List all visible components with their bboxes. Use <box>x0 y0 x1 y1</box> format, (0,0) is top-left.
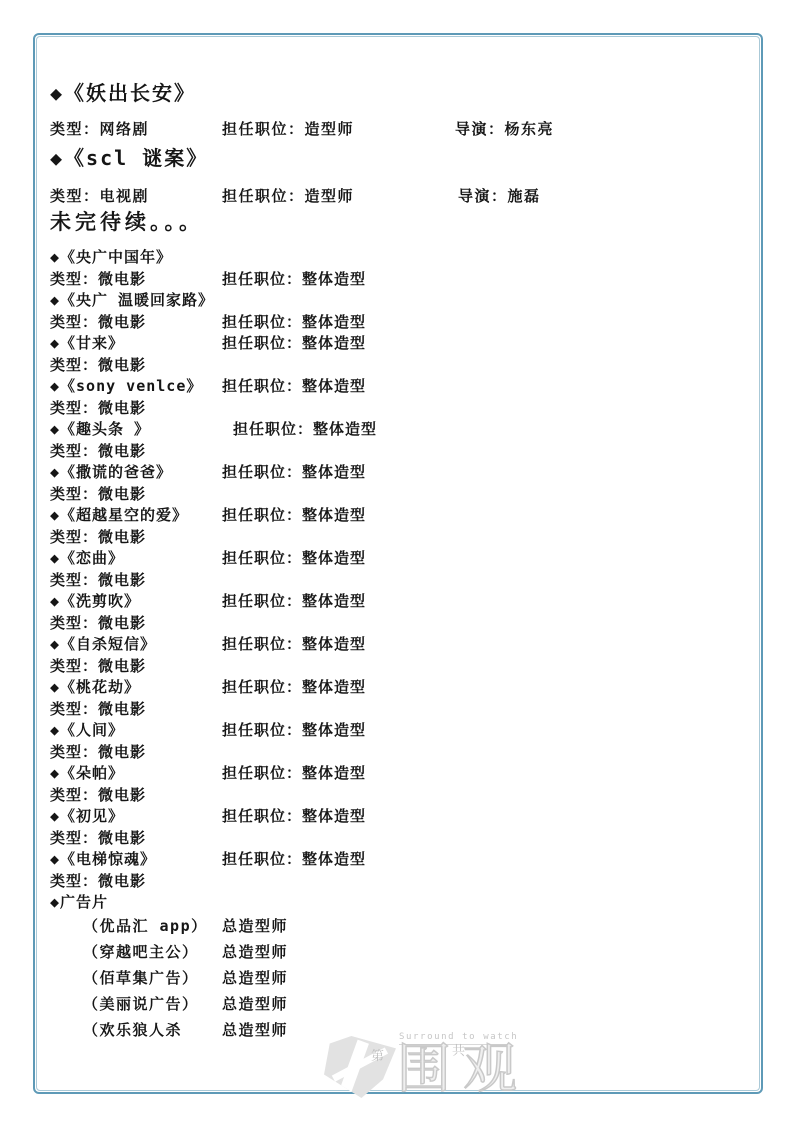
work-row: ◆《央广中国年》 <box>50 246 750 268</box>
work-type-label: 类型：电视剧 <box>50 185 149 206</box>
work-type-label: 类型：网络剧 <box>50 118 149 139</box>
ad-row: （穿越吧主公） 总造型师 <box>50 941 750 967</box>
work-row-left: ◆《电梯惊魂》 <box>50 848 156 869</box>
featured-title-2: ◆《scl 谜案》 <box>50 146 750 170</box>
work-row-right: 担任职位：整体造型 <box>222 504 366 525</box>
work-row: 类型：微电影 <box>50 526 750 548</box>
ad-name: （优品汇 app） <box>83 915 208 936</box>
work-row-left: ◆《桃花劫》 <box>50 676 140 697</box>
ad-role: 总造型师 <box>222 1019 288 1040</box>
work-director-label: 导演：施磊 <box>458 185 541 206</box>
work-row-left: ◆《恋曲》 <box>50 547 124 568</box>
works-list: ◆《央广中国年》 类型：微电影 担任职位：整体造型 ◆《央广 温暖回家路》 类型… <box>50 246 750 891</box>
ad-role: 总造型师 <box>222 941 288 962</box>
ad-role: 总造型师 <box>222 993 288 1014</box>
work-row-left: ◆《甘来》 <box>50 332 124 353</box>
work-row: 类型：微电影 <box>50 655 750 677</box>
work-role-label: 担任职位：造型师 <box>222 118 354 139</box>
work-row: ◆《自杀短信》 担任职位：整体造型 <box>50 633 750 655</box>
work-row-right: 担任职位：整体造型 <box>222 762 366 783</box>
work-director-label: 导演：杨东亮 <box>455 118 554 139</box>
work-row-left: ◆《央广 温暖回家路》 <box>50 289 214 310</box>
ad-row: （欢乐狼人杀 总造型师 <box>50 1019 750 1045</box>
ad-row: （优品汇 app） 总造型师 <box>50 915 750 941</box>
document-page: { "featured": { "items": [ { "title": "◆… <box>0 0 800 1131</box>
work-row-left: 类型：微电影 <box>50 784 146 805</box>
work-row-left: 类型：微电影 <box>50 870 146 891</box>
work-row-left: 类型：微电影 <box>50 569 146 590</box>
ad-name: （欢乐狼人杀 <box>83 1019 182 1040</box>
work-row: ◆《sony venlce》 担任职位：整体造型 <box>50 375 750 397</box>
ad-name: （穿越吧主公） <box>83 941 199 962</box>
work-row-left: 类型：微电影 <box>50 698 146 719</box>
work-row-left: 类型：微电影 <box>50 483 146 504</box>
work-row: ◆《电梯惊魂》 担任职位：整体造型 <box>50 848 750 870</box>
work-row: ◆《初见》 担任职位：整体造型 <box>50 805 750 827</box>
work-row-left: ◆《趣头条 》 <box>50 418 150 439</box>
work-row-right: 担任职位：整体造型 <box>222 332 366 353</box>
work-row: 类型：微电影 <box>50 397 750 419</box>
work-row-left: 类型：微电影 <box>50 397 146 418</box>
featured-title-1: ◆《妖出长安》 <box>50 81 750 105</box>
work-row-left: ◆《超越星空的爱》 <box>50 504 188 525</box>
work-row-left: 类型：微电影 <box>50 741 146 762</box>
work-row-left: 类型：微电影 <box>50 354 146 375</box>
featured-info-row-2: 类型：电视剧 担任职位：造型师 导演：施磊 <box>50 185 750 201</box>
work-row: 类型：微电影 担任职位：整体造型 <box>50 268 750 290</box>
to-be-continued-heading: 未完待续。。。 <box>50 209 750 235</box>
work-row: ◆《央广 温暖回家路》 <box>50 289 750 311</box>
work-row-left: 类型：微电影 <box>50 612 146 633</box>
work-row-left: 类型：微电影 <box>50 440 146 461</box>
work-row-right: 担任职位：整体造型 <box>222 268 366 289</box>
work-row-right: 担任职位：整体造型 <box>222 633 366 654</box>
ad-name: （佰草集广告） <box>83 967 199 988</box>
work-row-right: 担任职位：整体造型 <box>222 547 366 568</box>
ad-name: （美丽说广告） <box>83 993 199 1014</box>
work-row: ◆《趣头条 》 担任职位：整体造型 <box>50 418 750 440</box>
work-row-left: 类型：微电影 <box>50 311 146 332</box>
work-row-left: 类型：微电影 <box>50 526 146 547</box>
work-row-left: ◆《自杀短信》 <box>50 633 156 654</box>
work-row: 类型：微电影 <box>50 741 750 763</box>
work-row-left: ◆《人间》 <box>50 719 124 740</box>
work-row: 类型：微电影 <box>50 354 750 376</box>
work-row-right: 担任职位：整体造型 <box>222 375 366 396</box>
ad-role: 总造型师 <box>222 915 288 936</box>
work-row: 类型：微电影 <box>50 827 750 849</box>
page-content: ◆《妖出长安》 类型：网络剧 担任职位：造型师 导演：杨东亮 ◆《scl 谜案》… <box>50 35 750 1045</box>
work-row-left: ◆《央广中国年》 <box>50 246 172 267</box>
work-row-left: ◆《洗剪吹》 <box>50 590 140 611</box>
work-row: ◆《洗剪吹》 担任职位：整体造型 <box>50 590 750 612</box>
work-row-left: ◆《朵帕》 <box>50 762 124 783</box>
work-row: ◆《撒谎的爸爸》 担任职位：整体造型 <box>50 461 750 483</box>
work-row: 类型：微电影 <box>50 440 750 462</box>
work-role-label: 担任职位：造型师 <box>222 185 354 206</box>
work-row: ◆《超越星空的爱》 担任职位：整体造型 <box>50 504 750 526</box>
work-row-right: 担任职位：整体造型 <box>222 676 366 697</box>
work-row: ◆《朵帕》 担任职位：整体造型 <box>50 762 750 784</box>
work-row: 类型：微电影 <box>50 870 750 892</box>
work-row-right: 担任职位：整体造型 <box>222 805 366 826</box>
work-row-left: ◆《初见》 <box>50 805 124 826</box>
ads-list: （优品汇 app） 总造型师 （穿越吧主公） 总造型师 （佰草集广告） 总造型师… <box>50 915 750 1045</box>
ad-row: （佰草集广告） 总造型师 <box>50 967 750 993</box>
work-row-left: 类型：微电影 <box>50 827 146 848</box>
featured-info-row-1: 类型：网络剧 担任职位：造型师 导演：杨东亮 <box>50 118 750 134</box>
work-row-right: 担任职位：整体造型 <box>222 719 366 740</box>
work-row: 类型：微电影 <box>50 784 750 806</box>
work-row-right: 担任职位：整体造型 <box>222 848 366 869</box>
work-row: ◆《恋曲》 担任职位：整体造型 <box>50 547 750 569</box>
work-row-right: 担任职位：整体造型 <box>222 311 366 332</box>
work-row: ◆《甘来》 担任职位：整体造型 <box>50 332 750 354</box>
work-row-left: ◆《撒谎的爸爸》 <box>50 461 172 482</box>
work-row-right: 担任职位：整体造型 <box>222 461 366 482</box>
work-row-left: 类型：微电影 <box>50 655 146 676</box>
ad-role: 总造型师 <box>222 967 288 988</box>
ads-section-title: ◆广告片 <box>50 891 750 913</box>
work-row: ◆《桃花劫》 担任职位：整体造型 <box>50 676 750 698</box>
work-row-left: 类型：微电影 <box>50 268 146 289</box>
work-row: 类型：微电影 <box>50 483 750 505</box>
work-row-right: 担任职位：整体造型 <box>233 418 377 439</box>
work-row-left: ◆《sony venlce》 <box>50 375 202 396</box>
work-row: 类型：微电影 <box>50 569 750 591</box>
work-row: 类型：微电影 担任职位：整体造型 <box>50 311 750 333</box>
work-row: ◆《人间》 担任职位：整体造型 <box>50 719 750 741</box>
ad-row: （美丽说广告） 总造型师 <box>50 993 750 1019</box>
work-row: 类型：微电影 <box>50 698 750 720</box>
work-row-right: 担任职位：整体造型 <box>222 590 366 611</box>
work-row: 类型：微电影 <box>50 612 750 634</box>
